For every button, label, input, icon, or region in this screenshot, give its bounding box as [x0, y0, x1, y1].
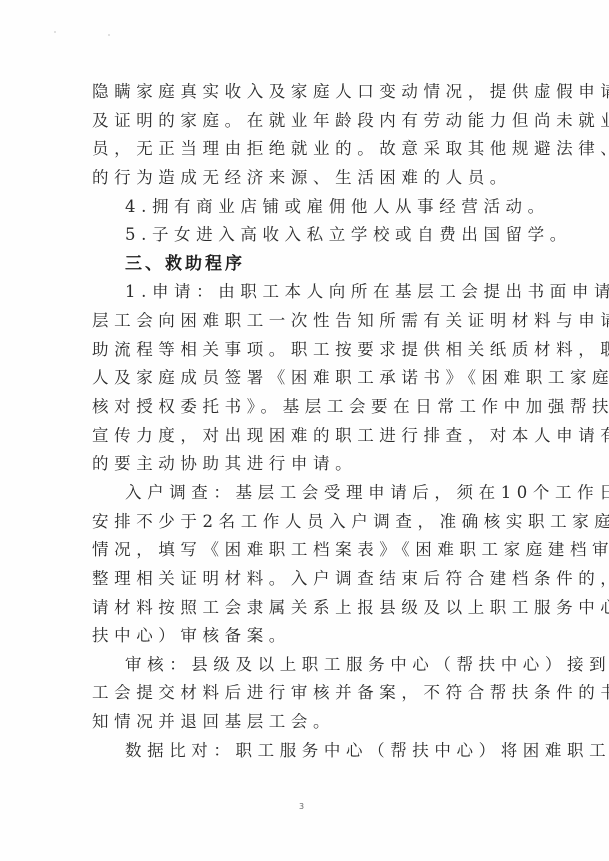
text-line-13: 宣传力度，对出现困难的职工进行排查，对本人申请有困难 — [92, 422, 522, 451]
text-line-20: 扶中心）审核备案。 — [92, 622, 522, 651]
text-line-23: 知情况并退回基层工会。 — [92, 708, 522, 737]
list-item-4: 4.拥有商业店铺或雇佣他人从事经营活动。 — [92, 193, 522, 222]
text-line-2: 及证明的家庭。在就业年龄段内有劳动能力但尚未就业的人 — [92, 107, 522, 136]
text-line-17: 情况，填写《困难职工档案表》《困难职工家庭建档审批表》， — [92, 536, 522, 565]
text-line-9: 层工会向困难职工一次性告知所需有关证明材料与申请救 — [92, 307, 522, 336]
text-line-11: 人及家庭成员签署《困难职工承诺书》《困难职工家庭经济 — [92, 364, 522, 393]
paragraph-home-survey-start: 入户调查：基层工会受理申请后，须在10个工作日内 — [92, 479, 522, 508]
text-line-3: 员，无正当理由拒绝就业的。故意采取其他规避法律、法规 — [92, 135, 522, 164]
paragraph-application-start: 1.申请：由职工本人向所在基层工会提出书面申请，基 — [92, 278, 522, 307]
list-item-5: 5.子女进入高收入私立学校或自费出国留学。 — [92, 221, 522, 250]
page-number: 3 — [299, 802, 304, 811]
text-line-18: 整理相关证明材料。入户调查结束后符合建档条件的，将申 — [92, 565, 522, 594]
scan-speck — [54, 31, 56, 33]
text-line-22: 工会提交材料后进行审核并备案，不符合帮扶条件的书面告 — [92, 679, 522, 708]
paragraph-review-start: 审核：县级及以上职工服务中心（帮扶中心）接到基层 — [92, 651, 522, 680]
section-heading: 三、救助程序 — [92, 250, 522, 279]
text-line-10: 助流程等相关事项。职工按要求提供相关纸质材料，职工本 — [92, 336, 522, 365]
text-line-12: 核对授权委托书》。基层工会要在日常工作中加强帮扶政策 — [92, 393, 522, 422]
paragraph-data-comparison-start: 数据比对：职工服务中心（帮扶中心）将困难职工录入 — [92, 737, 522, 766]
document-body: 隐瞒家庭真实收入及家庭人口变动情况，提供虚假申请材料 及证明的家庭。在就业年龄段… — [92, 78, 522, 765]
text-line-16: 安排不少于2名工作人员入户调查，准确核实职工家庭实际 — [92, 508, 522, 537]
text-line-4: 的行为造成无经济来源、生活困难的人员。 — [92, 164, 522, 193]
scan-speck — [108, 34, 110, 36]
text-line-19: 请材料按照工会隶属关系上报县级及以上职工服务中心（帮 — [92, 594, 522, 623]
document-page: 隐瞒家庭真实收入及家庭人口变动情况，提供虚假申请材料 及证明的家庭。在就业年龄段… — [0, 0, 609, 861]
text-line-1: 隐瞒家庭真实收入及家庭人口变动情况，提供虚假申请材料 — [92, 78, 522, 107]
text-line-14: 的要主动协助其进行申请。 — [92, 450, 522, 479]
